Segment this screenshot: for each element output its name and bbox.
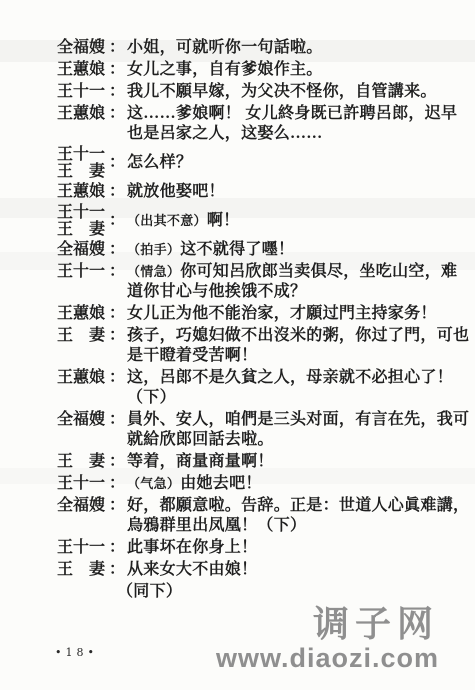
speaker-name: 王十一王 妻 — [57, 146, 109, 180]
speaker-name: 王蕙娘 — [57, 60, 109, 80]
speaker-name-text: 王蕙娘 — [57, 368, 109, 388]
speaker-colon: ： — [109, 82, 127, 102]
dialogue-text: 好，都願意啦。告辞。正是：世道人心眞难講，烏鴉群里出凤凰！（下） — [127, 496, 471, 536]
speaker-name-text: 王 妻 — [57, 163, 109, 180]
stage-direction: （情急） — [127, 264, 180, 279]
dialogue-text: 此事坏在你身上！ — [127, 538, 471, 558]
speaker-name-text: 王 妻 — [57, 560, 109, 580]
speaker-name: 王 妻 — [57, 560, 109, 580]
dialogue-text: （情急）你可知呂欣郎当卖俱尽，坐吃山空，难道你甘心与他挨饿不成？ — [127, 262, 471, 302]
speaker-name-text: 王十一 — [57, 204, 109, 221]
dialogue-line: 王蕙娘 ： 就放他娶吧！ — [57, 182, 471, 202]
speaker-name-text: 王十一 — [57, 146, 109, 163]
speaker-colon: ： — [109, 326, 127, 346]
speaker-colon: ： — [109, 153, 127, 173]
dialogue-text: 女儿正为他不能治家，才願过門主持家务！ — [127, 304, 471, 324]
dialogue-text: （拍手）这不就得了嚜！ — [127, 240, 471, 260]
speaker-colon: ： — [109, 538, 127, 558]
speaker-name-text: 王蕙娘 — [57, 182, 109, 202]
speaker-name: 王 妻 — [57, 326, 109, 346]
dialogue-text: 怎么样？ — [127, 153, 471, 173]
speaker-name-text: 王十一 — [57, 82, 109, 102]
dialogue-line: 王十一王 妻 ： 怎么样？ — [57, 146, 471, 180]
speaker-name-text: 全福嫂 — [57, 240, 109, 260]
speaker-name-text: 王蕙娘 — [57, 304, 109, 324]
dialogue-text: 就放他娶吧！ — [127, 182, 471, 202]
dialogue-line: 王 妻 ： 从来女大不由娘！ — [57, 560, 471, 580]
speaker-colon: ： — [109, 452, 127, 472]
dialogue-line: 全福嫂 ： （拍手）这不就得了嚜！ — [57, 240, 471, 260]
dialogue-block: 全福嫂 ： 小姐，可就听你一句話啦。 王蕙娘 ： 女儿之事，自有爹娘作主。 王十… — [57, 38, 471, 602]
dialogue-line: 王十一 ： 我儿不願早嫁，为父决不怪你，自管講来。 — [57, 82, 471, 102]
speaker-name-text: 全福嫂 — [57, 410, 109, 430]
speaker-name: 全福嫂 — [57, 410, 109, 430]
dialogue-text: 这……爹娘啊！ 女儿終身既已許聘呂郎，迟早也是呂家之人，这娶么…… — [127, 104, 471, 144]
dialogue-line: 王十一 ： （气急）由她去吧！ — [57, 474, 471, 494]
page-number-dot-right: • — [88, 646, 99, 659]
dialogue-line: （同下） — [57, 582, 471, 602]
speaker-colon: ： — [109, 410, 127, 430]
speaker-name: 王蕙娘 — [57, 104, 109, 124]
watermark-site-url: www.diaozi.com — [216, 645, 439, 672]
watermark: 调子网 www.diaozi.com — [216, 606, 439, 672]
watermark-site-name: 调子网 — [216, 606, 439, 642]
speaker-name: 王蕙娘 — [57, 368, 109, 388]
speaker-colon: ： — [109, 104, 127, 124]
dialogue-line: 全福嫂 ： 小姐，可就听你一句話啦。 — [57, 38, 471, 58]
stage-direction: （气急） — [127, 476, 180, 491]
dialogue-text: 女儿之事，自有爹娘作主。 — [127, 60, 471, 80]
speaker-name-text: 王十一 — [57, 538, 109, 558]
speaker-colon: ： — [109, 474, 127, 494]
dialogue-text: 等着，商量商量啊！ — [127, 452, 471, 472]
speaker-name: 王十一 — [57, 538, 109, 558]
speaker-name: 王蕙娘 — [57, 182, 109, 202]
speaker-name: 王蕙娘 — [57, 304, 109, 324]
speaker-name: 王 妻 — [57, 452, 109, 472]
speaker-name-text: 王蕙娘 — [57, 60, 109, 80]
speaker-colon: ： — [109, 60, 127, 80]
dialogue-line: 王十一 ： （情急）你可知呂欣郎当卖俱尽，坐吃山空，难道你甘心与他挨饿不成？ — [57, 262, 471, 302]
dialogue-line: 王蕙娘 ： 这……爹娘啊！ 女儿終身既已許聘呂郎，迟早也是呂家之人，这娶么…… — [57, 104, 471, 144]
speaker-name: 全福嫂 — [57, 496, 109, 516]
dialogue-line: 全福嫂 ： 員外、安人，咱們是三头对面，有言在先，我可就給欣郎回話去啦。 — [57, 410, 471, 450]
speaker-name-text: 王 妻 — [57, 452, 109, 472]
dialogue-text: （出其不意）啊！ — [127, 211, 471, 231]
speaker-name-text: 王 妻 — [57, 326, 109, 346]
speaker-name-text: 王蕙娘 — [57, 104, 109, 124]
speaker-name-text: 全福嫂 — [57, 38, 109, 58]
dialogue-text: 員外、安人，咱們是三头对面，有言在先，我可就給欣郎回話去啦。 — [127, 410, 471, 450]
speaker-colon: ： — [109, 262, 127, 282]
speaker-colon: ： — [109, 211, 127, 231]
dialogue-line: 王 妻 ： 孩子，巧媳妇做不出沒米的粥，你过了門，可也是干瞪着受苦啊！ — [57, 326, 471, 366]
page-number-dot-left: • — [55, 646, 66, 659]
dialogue-line: 王蕙娘 ： 女儿正为他不能治家，才願过門主持家务！ — [57, 304, 471, 324]
speaker-name: 全福嫂 — [57, 240, 109, 260]
dialogue-text: （同下） — [117, 582, 182, 602]
speaker-colon: ： — [109, 38, 127, 58]
speaker-colon: ： — [109, 240, 127, 260]
dialogue-text: 从来女大不由娘！ — [127, 560, 471, 580]
dialogue-text: （气急）由她去吧！ — [127, 474, 471, 494]
speaker-name-text: 全福嫂 — [57, 496, 109, 516]
dialogue-text: 孩子，巧媳妇做不出沒米的粥，你过了門，可也是干瞪着受苦啊！ — [127, 326, 471, 366]
dialogue-text: 我儿不願早嫁，为父决不怪你，自管講来。 — [127, 82, 471, 102]
speaker-name-text: 王十一 — [57, 262, 109, 282]
speaker-name: 王十一 — [57, 262, 109, 282]
speaker-colon: ： — [109, 182, 127, 202]
dialogue-line: 王十一王 妻 ： （出其不意）啊！ — [57, 204, 471, 238]
speaker-name: 王十一 — [57, 474, 109, 494]
page-number: •18• — [55, 646, 98, 659]
page-number-value: 18 — [66, 646, 88, 659]
speaker-name: 王十一王 妻 — [57, 204, 109, 238]
dialogue-line: 王十一 ： 此事坏在你身上！ — [57, 538, 471, 558]
book-page: 全福嫂 ： 小姐，可就听你一句話啦。 王蕙娘 ： 女儿之事，自有爹娘作主。 王十… — [0, 0, 475, 690]
speaker-colon: ： — [109, 560, 127, 580]
dialogue-text: 这，呂郎不是久貧之人，母亲就不必担心了！（下） — [127, 368, 471, 408]
dialogue-text: 小姐，可就听你一句話啦。 — [127, 38, 471, 58]
speaker-name-text: 王十一 — [57, 474, 109, 494]
stage-direction: （出其不意） — [127, 213, 207, 228]
dialogue-line: 王蕙娘 ： 女儿之事，自有爹娘作主。 — [57, 60, 471, 80]
dialogue-line: 王蕙娘 ： 这，呂郎不是久貧之人，母亲就不必担心了！（下） — [57, 368, 471, 408]
speaker-colon: ： — [109, 368, 127, 388]
speaker-name-text: 王 妻 — [57, 221, 109, 238]
speaker-colon: ： — [109, 496, 127, 516]
stage-direction: （拍手） — [127, 242, 180, 257]
speaker-colon: ： — [109, 304, 127, 324]
speaker-name: 全福嫂 — [57, 38, 109, 58]
speaker-name: 王十一 — [57, 82, 109, 102]
dialogue-line: 全福嫂 ： 好，都願意啦。告辞。正是：世道人心眞难講，烏鴉群里出凤凰！（下） — [57, 496, 471, 536]
dialogue-line: 王 妻 ： 等着，商量商量啊！ — [57, 452, 471, 472]
